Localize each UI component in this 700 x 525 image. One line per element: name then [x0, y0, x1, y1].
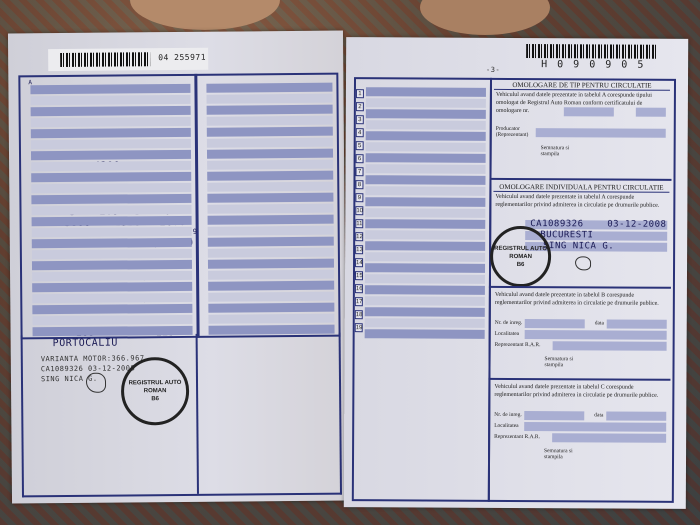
form-row-band [366, 153, 486, 163]
reg-date: 03-12-2008 [607, 219, 666, 229]
table-c-rep-field[interactable] [552, 433, 666, 443]
row-number: 5 [356, 141, 364, 150]
row-number: 12 [355, 232, 363, 241]
table-c-reg-field[interactable] [524, 411, 584, 420]
row-number: 3 [356, 115, 364, 124]
vehicle-color: PORTOCALIU [53, 338, 118, 350]
table-b-reg-label: Nr. de inreg. [495, 320, 523, 326]
form-row-band [31, 183, 191, 193]
type-signature-label: Semnatura si stampila [541, 145, 581, 157]
form-row-band [31, 205, 191, 215]
row-number: 18 [355, 310, 363, 319]
form-row-band [365, 252, 485, 262]
form-row-band [32, 216, 192, 226]
table-b-date-label: data [595, 320, 604, 326]
row-number: 4 [356, 128, 364, 137]
form-row-band [365, 219, 485, 229]
table-b-reg-field[interactable] [525, 319, 585, 328]
table-c-signature-label: Semnatura si stampila [544, 448, 584, 460]
form-row-band [31, 95, 191, 105]
form-row-band [31, 161, 191, 171]
form-row-band [31, 172, 191, 182]
form-row-band [207, 193, 333, 203]
row-number: 19 [355, 323, 363, 332]
form-row-band [32, 227, 192, 237]
form-row-band [31, 128, 191, 138]
form-row-band [208, 270, 334, 280]
form-row-band [208, 292, 334, 302]
row-number: 9 [355, 193, 363, 202]
serial-number: 04 255971 [158, 53, 206, 62]
table-c-rep-label: Reprezentant R.A.R. [494, 434, 540, 440]
table-b-text: Vehiculul avand datele prezentate in tab… [495, 291, 667, 308]
form-row-band [31, 150, 191, 160]
form-row-band [209, 325, 335, 335]
barcode [526, 44, 656, 59]
form-row-band [32, 260, 192, 270]
form-row-band [207, 182, 333, 192]
form-row-band [32, 293, 192, 303]
form-row-band [365, 197, 485, 207]
type-cert-number-field[interactable] [564, 107, 614, 116]
form-row-band [32, 249, 192, 259]
locality-value: BUCURESTI [540, 230, 593, 240]
row-number: 15 [355, 271, 363, 280]
form-row-band [208, 259, 334, 269]
form-row-band [365, 318, 485, 328]
form-row-band [365, 274, 485, 284]
form-row-band [365, 285, 485, 295]
form-row-band [365, 263, 485, 273]
form-row-band [365, 296, 485, 306]
form-row-band [208, 215, 334, 225]
representative-value: SING NICA G. [543, 241, 614, 251]
form-row-band [207, 116, 333, 126]
form-row-band [32, 238, 192, 248]
table-b-locality-label: Localitatea [495, 331, 519, 337]
note-variant: VARIANTA MOTOR:366.967 [41, 354, 145, 363]
table-c-locality-label: Localitatea [494, 423, 518, 429]
form-row-band [365, 241, 485, 251]
type-cert-date-field[interactable] [636, 108, 666, 117]
document-left-page: 04 255971 A AUTOUTILITARA N3 Autoscolant… [8, 31, 347, 504]
form-row-band [207, 204, 333, 214]
form-row-band [366, 87, 486, 97]
row-number: 14 [355, 258, 363, 267]
form-row-band [366, 98, 486, 108]
table-c-date-field[interactable] [606, 411, 666, 420]
table-c-locality-field[interactable] [524, 422, 666, 432]
form-row-band [31, 139, 191, 149]
form-row-band [32, 271, 192, 281]
form-row-band [366, 142, 486, 152]
form-row-band [365, 307, 485, 317]
form-row-band [208, 237, 334, 247]
table-b-signature-label: Semnatura si stampila [545, 356, 585, 368]
producer-field[interactable] [536, 128, 666, 138]
barcode-number: H 0 9 0 9 0 5 [541, 59, 645, 71]
individual-approval-text: Vehiculul avand datele prezentate in tab… [495, 193, 667, 210]
table-c-date-label: data [594, 412, 603, 418]
row-number: 2 [356, 102, 364, 111]
form-row-band [208, 314, 334, 324]
form-row-band [365, 186, 485, 196]
type-approval-title: OMOLOGARE DE TIP PENTRU CIRCULATIE [494, 81, 670, 91]
form-row-band [206, 94, 332, 104]
row-number: 16 [355, 284, 363, 293]
form-row-band [32, 304, 192, 314]
form-row-band [207, 105, 333, 115]
form-row-band [208, 248, 334, 258]
form-row-band [366, 109, 486, 119]
form-row-band [365, 208, 485, 218]
form-row-band [32, 315, 192, 325]
table-b-rep-field[interactable] [553, 341, 667, 351]
producer-label: Producator (Reprezentant) [496, 126, 536, 138]
document-right-page: -3- H 0 9 0 9 0 5 OMOLOGARE DE TIP PENTR… [344, 37, 688, 509]
form-row-band [31, 106, 191, 116]
form-row-band [31, 194, 191, 204]
form-row-band [365, 175, 485, 185]
table-b-locality-field[interactable] [525, 330, 667, 340]
row-number: 13 [355, 245, 363, 254]
individual-approval-title: OMOLOGARE INDIVIDUALA PENTRU CIRCULATIE [493, 183, 669, 193]
form-row-band [30, 84, 190, 94]
row-number: 11 [355, 219, 363, 228]
form-row-band [207, 127, 333, 137]
row-number: 7 [356, 167, 364, 176]
barcode-label: 04 255971 [48, 48, 208, 71]
form-row-band [366, 120, 486, 130]
row-number: 8 [355, 180, 363, 189]
form-row-band [208, 226, 334, 236]
form-row-band [366, 164, 486, 174]
form-row-band [207, 138, 333, 148]
form-row-band [207, 160, 333, 170]
signature-right [575, 256, 591, 270]
form-row-band [365, 329, 485, 339]
form-row-band [365, 230, 485, 240]
reg-number: CA1089326 [530, 219, 583, 229]
table-c-text: Vehiculul avand datele prezentate in tab… [494, 383, 666, 400]
table-c-reg-label: Nr. de inreg. [494, 412, 522, 418]
form-row-band [206, 83, 332, 93]
form-row-band [366, 131, 486, 141]
row-number: 10 [355, 206, 363, 215]
signature [86, 373, 106, 393]
form-row-band [208, 303, 334, 313]
table-b-rep-label: Reprezentant R.A.R. [495, 342, 541, 348]
form-row-band [207, 149, 333, 159]
rar-stamp: REGISTRUL AUTO ROMANB6 [121, 357, 190, 426]
note-certificate: CA1089326 03-12-2008 [41, 364, 135, 373]
row-number: 17 [355, 297, 363, 306]
page-marker: -3- [486, 66, 500, 74]
row-number: 1 [356, 89, 364, 98]
table-b-date-field[interactable] [607, 319, 667, 328]
form-row-band [32, 282, 192, 292]
form-row-band [33, 326, 193, 336]
form-row-band [208, 281, 334, 291]
row-number: 6 [356, 154, 364, 163]
rar-stamp-right: REGISTRUL AUTO ROMANB6 [490, 226, 551, 287]
barcode [60, 52, 150, 67]
form-row-band [31, 117, 191, 127]
form-row-band [207, 171, 333, 181]
